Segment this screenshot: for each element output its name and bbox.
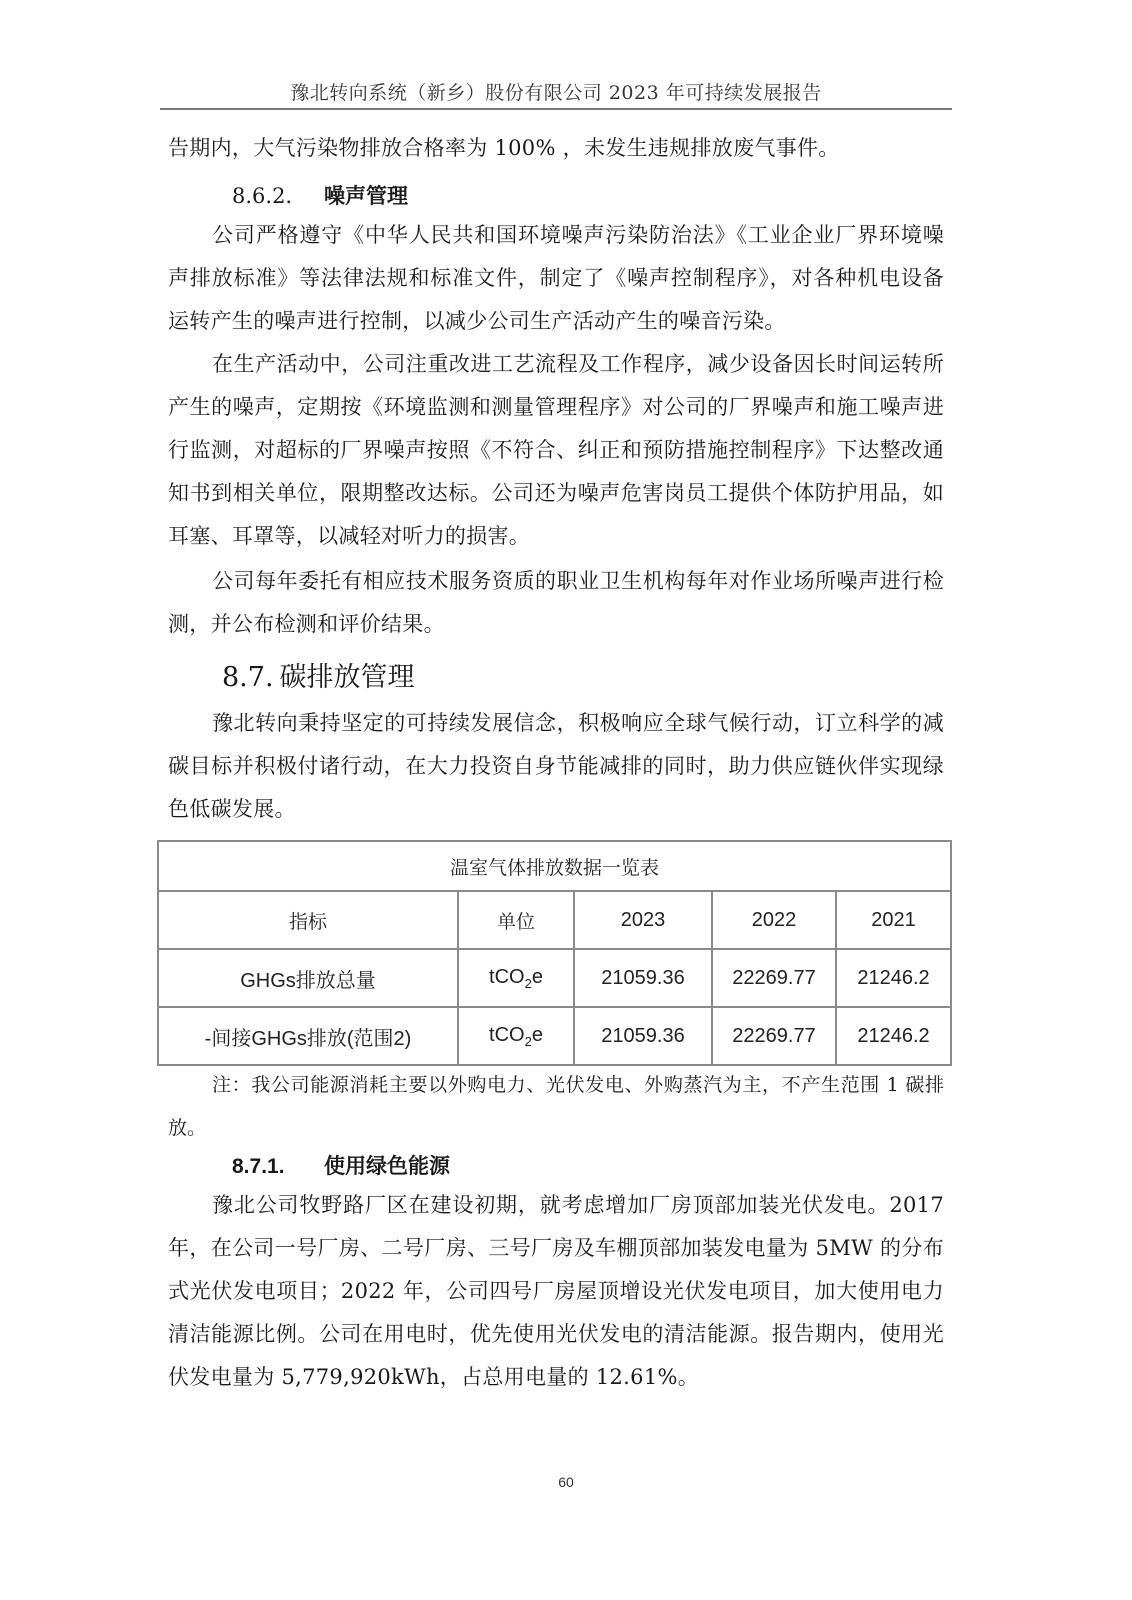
cell-2023: 21059.36: [574, 1007, 712, 1065]
paragraph-green-energy: 豫北公司牧野路厂区在建设初期，就考虑增加厂房顶部加装光伏发电。2017 年，在公…: [168, 1184, 944, 1399]
unit-text: e: [532, 1024, 543, 1046]
paragraph-noise-testing: 公司每年委托有相应技术服务资质的职业卫生机构每年对作业场所噪声进行检测，并公布检…: [168, 560, 944, 646]
column-header-unit: 单位: [458, 891, 574, 949]
page-number: 60: [0, 1474, 1132, 1490]
unit-text: e: [532, 966, 543, 988]
column-header-2022: 2022: [712, 891, 836, 949]
column-header-2021: 2021: [836, 891, 951, 949]
section-number: 8.7.: [222, 662, 274, 693]
cell-2023: 21059.36: [574, 949, 712, 1007]
paragraph-carbon-commitment: 豫北转向秉持坚定的可持续发展信念，积极响应全球气候行动，订立科学的减碳目标并积极…: [168, 702, 944, 831]
unit-subscript: 2: [525, 1034, 532, 1049]
table-caption-row: 温室气体排放数据一览表: [158, 841, 951, 891]
cell-2022: 22269.77: [712, 949, 836, 1007]
paragraph-noise-regulations: 公司严格遵守《中华人民共和国环境噪声污染防治法》《工业企业厂界环境噪声排放标准》…: [168, 214, 944, 343]
section-title: 使用绿色能源: [324, 1153, 450, 1178]
table-caption: 温室气体排放数据一览表: [158, 841, 951, 891]
cell-indicator: -间接GHGs排放(范围2): [158, 1007, 458, 1065]
ghg-emissions-table: 温室气体排放数据一览表 指标 单位 2023 2022 2021 GHGs排放总…: [157, 840, 952, 1066]
unit-text: tCO: [489, 966, 525, 988]
column-header-2023: 2023: [574, 891, 712, 949]
section-heading-8-7-1: 8.7.1.使用绿色能源: [232, 1150, 450, 1180]
unit-text: tCO: [489, 1024, 525, 1046]
section-title: 噪声管理: [324, 183, 408, 208]
cell-2021: 21246.2: [836, 949, 951, 1007]
section-number: 8.6.2.: [232, 184, 324, 208]
section-heading-8-6-2: 8.6.2.噪声管理: [232, 180, 408, 210]
cell-unit: tCO2e: [458, 1007, 574, 1065]
cell-indicator: GHGs排放总量: [158, 949, 458, 1007]
paragraph-air-pollutant-compliance: 告期内，大气污染物排放合格率为 100% ，未发生违规排放废气事件。: [168, 127, 944, 170]
section-number: 8.7.1.: [232, 1155, 324, 1179]
table-header-row: 指标 单位 2023 2022 2021: [158, 891, 951, 949]
section-heading-8-7: 8.7.碳排放管理: [222, 655, 415, 694]
cell-unit: tCO2e: [458, 949, 574, 1007]
column-header-indicator: 指标: [158, 891, 458, 949]
unit-subscript: 2: [525, 976, 532, 991]
report-header-title: 豫北转向系统（新乡）股份有限公司 2023 年可持续发展报告: [160, 78, 952, 105]
paragraph-noise-production: 在生产活动中，公司注重改进工艺流程及工作程序，减少设备因长时间运转所产生的噪声，…: [168, 343, 944, 558]
table-note: 注：我公司能源消耗主要以外购电力、光伏发电、外购蒸汽为主，不产生范围 1 碳排放…: [168, 1064, 944, 1150]
header-divider: [160, 108, 952, 110]
table-row: -间接GHGs排放(范围2) tCO2e 21059.36 22269.77 2…: [158, 1007, 951, 1065]
section-title: 碳排放管理: [280, 662, 415, 693]
cell-2021: 21246.2: [836, 1007, 951, 1065]
cell-2022: 22269.77: [712, 1007, 836, 1065]
table-row: GHGs排放总量 tCO2e 21059.36 22269.77 21246.2: [158, 949, 951, 1007]
